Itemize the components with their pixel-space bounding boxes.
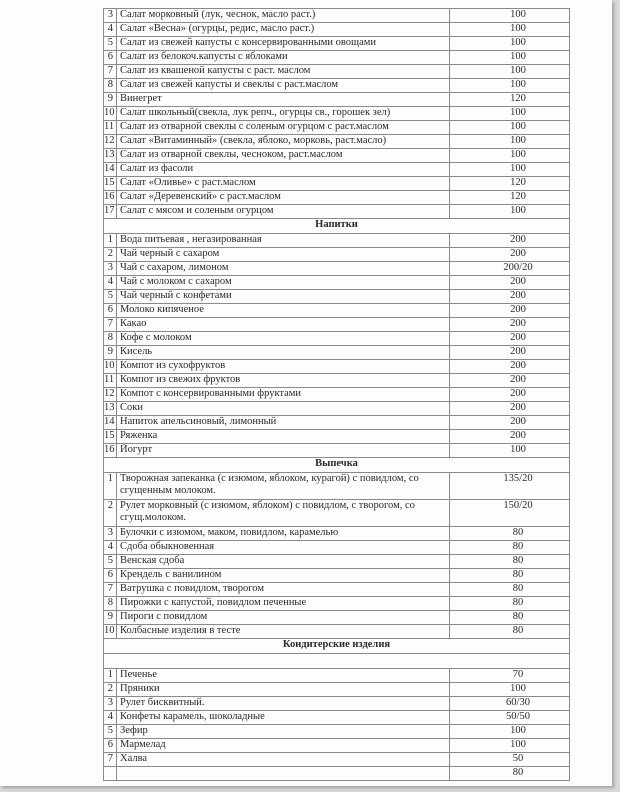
item-portion: 80 xyxy=(450,597,570,611)
item-portion: 100 xyxy=(450,739,570,753)
item-name xyxy=(117,767,450,781)
blank-row xyxy=(104,654,570,669)
scanned-page: 3 Салат морковный (лук, чеснок, масло ра… xyxy=(0,0,612,786)
item-number: 13 xyxy=(104,149,117,163)
table-row: 9 Пироги с повидлом 80 xyxy=(104,611,570,625)
table-row: 14 Салат из фасоли 100 xyxy=(104,163,570,177)
item-number: 1 xyxy=(104,473,117,500)
table-row: 5 Чай черный с конфетами 200 xyxy=(104,290,570,304)
item-number: 13 xyxy=(104,402,117,416)
table-row: 3 Булочки с изюмом, маком, повидлом, кар… xyxy=(104,527,570,541)
item-number: 8 xyxy=(104,597,117,611)
item-name: Творожная запеканка (с изюмом, яблоком, … xyxy=(117,473,450,500)
table-row: 17 Салат с мясом и соленым огурцом 100 xyxy=(104,205,570,219)
table-row: 5 Зефир 100 xyxy=(104,725,570,739)
item-number: 6 xyxy=(104,739,117,753)
item-portion: 200 xyxy=(450,430,570,444)
item-number: 14 xyxy=(104,416,117,430)
item-number: 2 xyxy=(104,248,117,262)
item-portion: 200/20 xyxy=(450,262,570,276)
item-number: 16 xyxy=(104,191,117,205)
item-portion: 80 xyxy=(450,569,570,583)
table-row: 11 Салат из отварной свеклы с соленым ог… xyxy=(104,121,570,135)
item-name: Салат из квашеной капусты с раст. маслом xyxy=(117,65,450,79)
item-number: 3 xyxy=(104,527,117,541)
item-name: Печенье xyxy=(117,669,450,683)
table-row: 9 Винегрет 120 xyxy=(104,93,570,107)
item-number: 15 xyxy=(104,177,117,191)
item-number: 7 xyxy=(104,318,117,332)
item-number: 3 xyxy=(104,697,117,711)
item-portion: 100 xyxy=(450,135,570,149)
table-row: 16 Йогурт 100 xyxy=(104,444,570,458)
table-row: 2 Рулет морковный (с изюмом, яблоком) с … xyxy=(104,500,570,527)
item-number: 6 xyxy=(104,569,117,583)
item-number: 8 xyxy=(104,79,117,93)
item-name: Йогурт xyxy=(117,444,450,458)
item-portion: 200 xyxy=(450,388,570,402)
item-portion: 200 xyxy=(450,402,570,416)
item-portion: 200 xyxy=(450,360,570,374)
item-name: Кисель xyxy=(117,346,450,360)
item-portion: 80 xyxy=(450,583,570,597)
item-number: 10 xyxy=(104,625,117,639)
item-number: 8 xyxy=(104,332,117,346)
item-name: Зефир xyxy=(117,725,450,739)
item-number: 5 xyxy=(104,725,117,739)
table-row: 7 Какао 200 xyxy=(104,318,570,332)
item-name: Колбасные изделия в тесте xyxy=(117,625,450,639)
table-row: 12 Компот с консервированными фруктами 2… xyxy=(104,388,570,402)
item-name: Кофе с молоком xyxy=(117,332,450,346)
table-row: 6 Крендель с ванилином 80 xyxy=(104,569,570,583)
item-portion: 200 xyxy=(450,234,570,248)
table-row: 4 Конфеты карамель, шоколадные 50/50 xyxy=(104,711,570,725)
item-name: Салат из белокоч.капусты с яблоками xyxy=(117,51,450,65)
item-portion: 200 xyxy=(450,248,570,262)
item-number: 10 xyxy=(104,360,117,374)
item-name: Напиток апельсиновый, лимонный xyxy=(117,416,450,430)
item-number: 3 xyxy=(104,262,117,276)
item-number: 5 xyxy=(104,290,117,304)
item-portion: 60/30 xyxy=(450,697,570,711)
item-name: Салат морковный (лук, чеснок, масло раст… xyxy=(117,9,450,23)
item-name: Халва xyxy=(117,753,450,767)
item-portion: 80 xyxy=(450,541,570,555)
item-portion: 200 xyxy=(450,346,570,360)
item-number: 2 xyxy=(104,683,117,697)
item-portion: 80 xyxy=(450,625,570,639)
item-name: Сдоба обыкновенная xyxy=(117,541,450,555)
table-row: 15 Салат «Оливье» с раст.маслом 120 xyxy=(104,177,570,191)
item-name: Конфеты карамель, шоколадные xyxy=(117,711,450,725)
item-name: Пирожки с капустой, повидлом печенные xyxy=(117,597,450,611)
item-portion: 100 xyxy=(450,683,570,697)
item-portion: 100 xyxy=(450,51,570,65)
item-number: 4 xyxy=(104,276,117,290)
table-row: 10 Колбасные изделия в тесте 80 xyxy=(104,625,570,639)
item-number: 7 xyxy=(104,583,117,597)
item-number: 1 xyxy=(104,669,117,683)
table-row: 4 Сдоба обыкновенная 80 xyxy=(104,541,570,555)
section-title: Кондитерские изделия xyxy=(104,639,570,654)
item-number: 15 xyxy=(104,430,117,444)
item-name: Салат школьный(свекла, лук репч., огурцы… xyxy=(117,107,450,121)
item-name: Салат из фасоли xyxy=(117,163,450,177)
item-portion: 200 xyxy=(450,416,570,430)
table-row: 1 Печенье 70 xyxy=(104,669,570,683)
item-portion: 50/50 xyxy=(450,711,570,725)
item-number: 14 xyxy=(104,163,117,177)
table-row: 8 Пирожки с капустой, повидлом печенные … xyxy=(104,597,570,611)
item-name: Салат из отварной свеклы, чесноком, раст… xyxy=(117,149,450,163)
item-name: Компот с консервированными фруктами xyxy=(117,388,450,402)
item-portion: 200 xyxy=(450,318,570,332)
item-number: 12 xyxy=(104,135,117,149)
item-name: Чай черный с сахаром xyxy=(117,248,450,262)
item-portion: 80 xyxy=(450,527,570,541)
item-number: 4 xyxy=(104,711,117,725)
item-number: 4 xyxy=(104,541,117,555)
item-portion: 100 xyxy=(450,65,570,79)
item-name: Мармелад xyxy=(117,739,450,753)
section-header: Напитки xyxy=(104,219,570,234)
section-title: Выпечка xyxy=(104,458,570,473)
table-row: 8 Кофе с молоком 200 xyxy=(104,332,570,346)
table-row: 6 Мармелад 100 xyxy=(104,739,570,753)
item-number: 7 xyxy=(104,65,117,79)
table-row: 1 Творожная запеканка (с изюмом, яблоком… xyxy=(104,473,570,500)
item-portion: 200 xyxy=(450,374,570,388)
item-name: Салат из свежей капусты и свеклы с раст.… xyxy=(117,79,450,93)
item-name: Компот из свежих фруктов xyxy=(117,374,450,388)
item-portion: 200 xyxy=(450,332,570,346)
item-number: 6 xyxy=(104,51,117,65)
item-portion: 120 xyxy=(450,191,570,205)
item-name: Рулет бисквитный. xyxy=(117,697,450,711)
item-name: Салат «Витаминный» (свекла, яблоко, морк… xyxy=(117,135,450,149)
item-number: 7 xyxy=(104,753,117,767)
item-name: Ватрушка с повидлом, творогом xyxy=(117,583,450,597)
item-portion: 50 xyxy=(450,753,570,767)
item-number: 1 xyxy=(104,234,117,248)
item-name: Салат «Весна» (огурцы, редис, масло раст… xyxy=(117,23,450,37)
table-row: 7 Ватрушка с повидлом, творогом 80 xyxy=(104,583,570,597)
section-header: Выпечка xyxy=(104,458,570,473)
table-row: 8 Салат из свежей капусты и свеклы с рас… xyxy=(104,79,570,93)
table-row: 6 Молоко кипяченое 200 xyxy=(104,304,570,318)
item-portion: 80 xyxy=(450,555,570,569)
item-number: 2 xyxy=(104,500,117,527)
item-number: 3 xyxy=(104,9,117,23)
item-name: Ряженка xyxy=(117,430,450,444)
section-title: Напитки xyxy=(104,219,570,234)
table-row: 3 Салат морковный (лук, чеснок, масло ра… xyxy=(104,9,570,23)
item-portion: 100 xyxy=(450,23,570,37)
menu-table-body: 3 Салат морковный (лук, чеснок, масло ра… xyxy=(104,9,570,781)
item-portion: 200 xyxy=(450,276,570,290)
item-name: Венская сдоба xyxy=(117,555,450,569)
item-number: 5 xyxy=(104,37,117,51)
table-row: 13 Соки 200 xyxy=(104,402,570,416)
item-name: Соки xyxy=(117,402,450,416)
table-row: 10 Салат школьный(свекла, лук репч., огу… xyxy=(104,107,570,121)
item-portion: 100 xyxy=(450,205,570,219)
table-row: 15 Ряженка 200 xyxy=(104,430,570,444)
item-portion: 100 xyxy=(450,444,570,458)
item-portion: 120 xyxy=(450,93,570,107)
menu-table: 3 Салат морковный (лук, чеснок, масло ра… xyxy=(103,8,570,781)
item-name: Салат из отварной свеклы с соленым огурц… xyxy=(117,121,450,135)
item-number: 10 xyxy=(104,107,117,121)
item-name: Пироги с повидлом xyxy=(117,611,450,625)
item-name: Чай с сахаром, лимоном xyxy=(117,262,450,276)
table-row: 3 Рулет бисквитный. 60/30 xyxy=(104,697,570,711)
item-name: Салат из свежей капусты с консервированн… xyxy=(117,37,450,51)
table-row: 6 Салат из белокоч.капусты с яблоками 10… xyxy=(104,51,570,65)
table-row: 1 Вода питьевая , негазированная 200 xyxy=(104,234,570,248)
item-name: Пряники xyxy=(117,683,450,697)
item-number: 4 xyxy=(104,23,117,37)
table-row: 4 Салат «Весна» (огурцы, редис, масло ра… xyxy=(104,23,570,37)
table-row: 12 Салат «Витаминный» (свекла, яблоко, м… xyxy=(104,135,570,149)
table-row: 80 xyxy=(104,767,570,781)
table-row: 7 Салат из квашеной капусты с раст. масл… xyxy=(104,65,570,79)
item-number: 9 xyxy=(104,93,117,107)
item-number: 9 xyxy=(104,346,117,360)
blank-cell xyxy=(104,654,570,669)
item-number xyxy=(104,767,117,781)
item-portion: 80 xyxy=(450,767,570,781)
item-number: 12 xyxy=(104,388,117,402)
item-number: 17 xyxy=(104,205,117,219)
item-name: Чай с молоком с сахаром xyxy=(117,276,450,290)
table-row: 5 Салат из свежей капусты с консервирова… xyxy=(104,37,570,51)
table-row: 16 Салат «Деревенский» с раст.маслом 120 xyxy=(104,191,570,205)
item-number: 11 xyxy=(104,121,117,135)
table-row: 3 Чай с сахаром, лимоном 200/20 xyxy=(104,262,570,276)
table-row: 11 Компот из свежих фруктов 200 xyxy=(104,374,570,388)
item-portion: 70 xyxy=(450,669,570,683)
item-name: Салат с мясом и соленым огурцом xyxy=(117,205,450,219)
item-portion: 135/20 xyxy=(450,473,570,500)
item-name: Салат «Деревенский» с раст.маслом xyxy=(117,191,450,205)
item-portion: 100 xyxy=(450,9,570,23)
item-portion: 100 xyxy=(450,725,570,739)
section-header: Кондитерские изделия xyxy=(104,639,570,654)
item-portion: 200 xyxy=(450,304,570,318)
item-name: Компот из сухофруктов xyxy=(117,360,450,374)
item-portion: 100 xyxy=(450,121,570,135)
table-row: 5 Венская сдоба 80 xyxy=(104,555,570,569)
table-row: 14 Напиток апельсиновый, лимонный 200 xyxy=(104,416,570,430)
item-name: Винегрет xyxy=(117,93,450,107)
table-row: 4 Чай с молоком с сахаром 200 xyxy=(104,276,570,290)
item-portion: 100 xyxy=(450,149,570,163)
item-name: Вода питьевая , негазированная xyxy=(117,234,450,248)
item-name: Молоко кипяченое xyxy=(117,304,450,318)
item-name: Какао xyxy=(117,318,450,332)
item-name: Чай черный с конфетами xyxy=(117,290,450,304)
item-portion: 100 xyxy=(450,163,570,177)
item-number: 11 xyxy=(104,374,117,388)
item-name: Крендель с ванилином xyxy=(117,569,450,583)
item-number: 9 xyxy=(104,611,117,625)
item-name: Булочки с изюмом, маком, повидлом, карам… xyxy=(117,527,450,541)
item-name: Салат «Оливье» с раст.маслом xyxy=(117,177,450,191)
table-row: 13 Салат из отварной свеклы, чесноком, р… xyxy=(104,149,570,163)
item-portion: 120 xyxy=(450,177,570,191)
item-portion: 200 xyxy=(450,290,570,304)
item-name: Рулет морковный (с изюмом, яблоком) с по… xyxy=(117,500,450,527)
item-number: 6 xyxy=(104,304,117,318)
table-row: 9 Кисель 200 xyxy=(104,346,570,360)
item-portion: 100 xyxy=(450,107,570,121)
table-row: 2 Чай черный с сахаром 200 xyxy=(104,248,570,262)
table-row: 10 Компот из сухофруктов 200 xyxy=(104,360,570,374)
item-number: 5 xyxy=(104,555,117,569)
table-row: 7 Халва 50 xyxy=(104,753,570,767)
item-portion: 150/20 xyxy=(450,500,570,527)
item-portion: 100 xyxy=(450,37,570,51)
item-number: 16 xyxy=(104,444,117,458)
item-portion: 100 xyxy=(450,79,570,93)
item-portion: 80 xyxy=(450,611,570,625)
table-row: 2 Пряники 100 xyxy=(104,683,570,697)
